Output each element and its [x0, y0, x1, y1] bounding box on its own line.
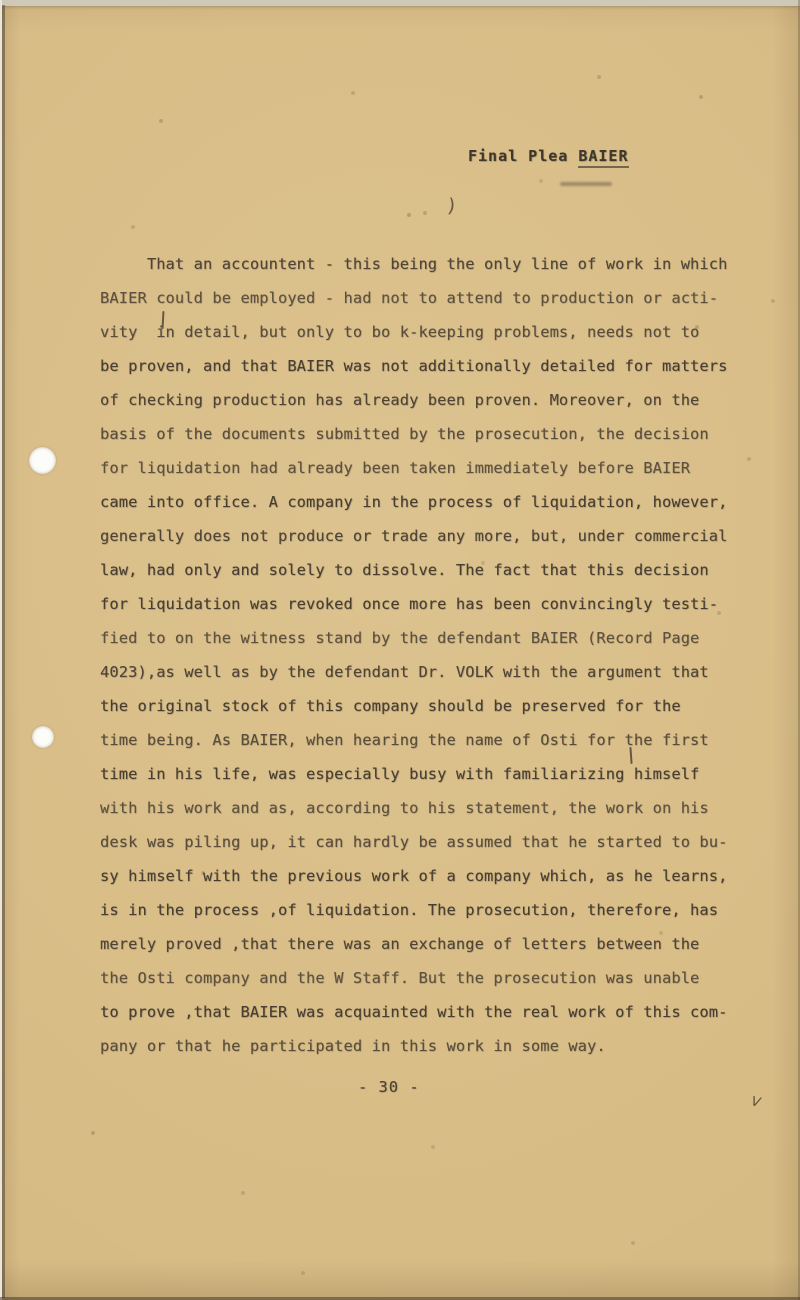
document-title-name: BAIER: [578, 147, 628, 168]
typed-line: desk was piling up, it can hardly be ass…: [100, 825, 772, 859]
typed-line: time being. As BAIER, when hearing the n…: [100, 723, 772, 757]
typed-line: sy himself with the previous work of a c…: [100, 859, 772, 893]
typed-line: merely proved ,that there was an exchang…: [100, 927, 772, 961]
typed-line: the original stock of this company shoul…: [100, 689, 772, 723]
typed-line: law, had only and solely to dissolve. Th…: [100, 553, 772, 587]
scan-edge-left-dark: [2, 5, 5, 1298]
typed-line: is in the process ,of liquidation. The p…: [100, 893, 772, 927]
scan-edge-top: [0, 0, 800, 6]
stray-paren-mark: ): [445, 194, 459, 217]
page-number: - 30 -: [358, 1078, 420, 1096]
typed-line: That an accountent - this being the only…: [100, 247, 772, 281]
typed-line: fied to on the witness stand by the defe…: [100, 621, 772, 655]
punch-hole-bottom: [32, 726, 54, 748]
typed-line: basis of the documents submitted by the …: [100, 417, 772, 451]
document-title: Final Plea BAIER: [468, 147, 629, 165]
typed-line: time in his life, was especially busy wi…: [100, 757, 772, 791]
typed-line: for liquidation had already been taken i…: [100, 451, 772, 485]
typed-line: to prove ,that BAIER was acquainted with…: [100, 995, 772, 1029]
document-title-prefix: Final Plea: [468, 147, 578, 165]
punch-hole-top: [29, 447, 56, 474]
scanned-page: Final Plea BAIER ) That an accountent - …: [0, 0, 800, 1300]
pen-check-mark: V: [748, 1095, 762, 1111]
title-underline-smudge: [560, 182, 612, 186]
typed-line: came into office. A company in the proce…: [100, 485, 772, 519]
typed-line: pany or that he participated in this wor…: [100, 1029, 772, 1063]
typed-line: for liquidation was revoked once more ha…: [100, 587, 772, 621]
typed-line: BAIER could be employed - had not to att…: [100, 281, 772, 315]
paper-speckles: [0, 0, 2, 2]
typed-line: be proven, and that BAIER was not additi…: [100, 349, 772, 383]
typed-paragraph: That an accountent - this being the only…: [100, 247, 772, 1063]
typed-line: with his work and as, according to his s…: [100, 791, 772, 825]
typed-line: generally does not produce or trade any …: [100, 519, 772, 553]
typed-line: vity in detail, but only to bo k-keeping…: [100, 315, 772, 349]
typed-line: 4023),as well as by the defendant Dr. VO…: [100, 655, 772, 689]
typed-line: the Osti company and the W Staff. But th…: [100, 961, 772, 995]
typed-line: of checking production has already been …: [100, 383, 772, 417]
